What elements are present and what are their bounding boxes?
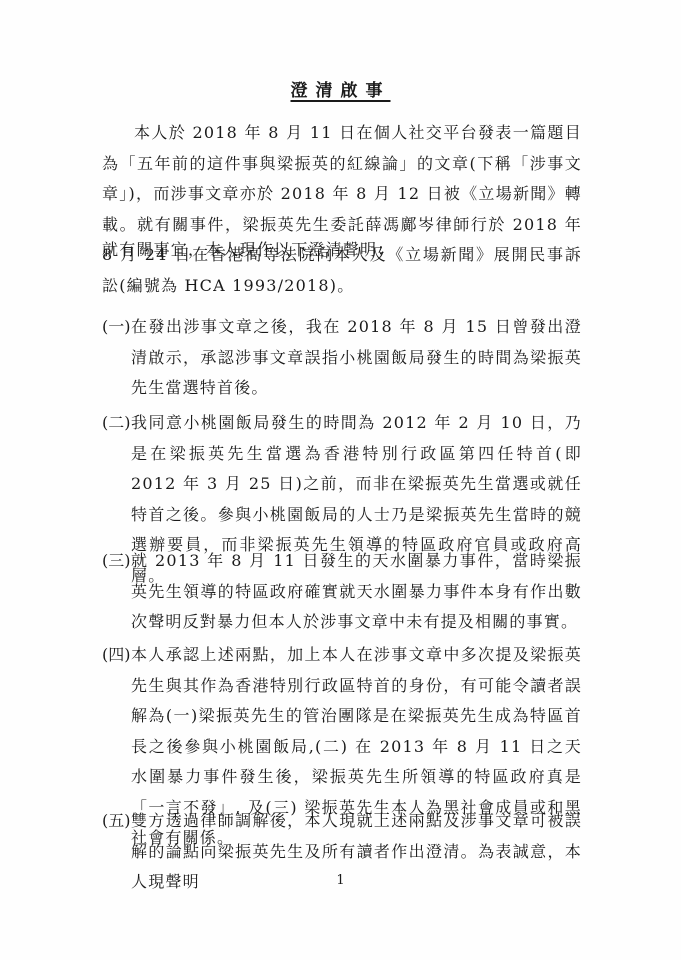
clarification-item-3: (三) 就 2013 年 8 月 11 日發生的天水圍暴力事件，當時梁振英先生領… [102,546,582,638]
item-marker: (二) [102,408,131,439]
intro-statement: 就有關事宜，本人現作以下澄清聲明： [102,235,582,266]
clarification-item-1: (一) 在發出涉事文章之後，我在 2018 年 8 月 15 日曾發出澄清啟示，… [102,312,582,404]
item-text: 就 2013 年 8 月 11 日發生的天水圍暴力事件，當時梁振英先生領導的特區… [131,546,582,638]
item-marker: (四) [102,640,131,671]
page-number: 1 [0,873,681,888]
item-marker: (三) [102,546,131,577]
document-page: 澄清啟事 本人於 2018 年 8 月 11 日在個人社交平台發表一篇題目為「五… [0,0,681,960]
item-text: 在發出涉事文章之後，我在 2018 年 8 月 15 日曾發出澄清啟示，承認涉事… [131,312,582,404]
item-marker: (五) [102,806,131,837]
opening-paragraph: 本人於 2018 年 8 月 11 日在個人社交平台發表一篇題目為「五年前的這件… [102,118,582,301]
document-title: 澄清啟事 [0,76,681,101]
item-marker: (一) [102,312,131,343]
